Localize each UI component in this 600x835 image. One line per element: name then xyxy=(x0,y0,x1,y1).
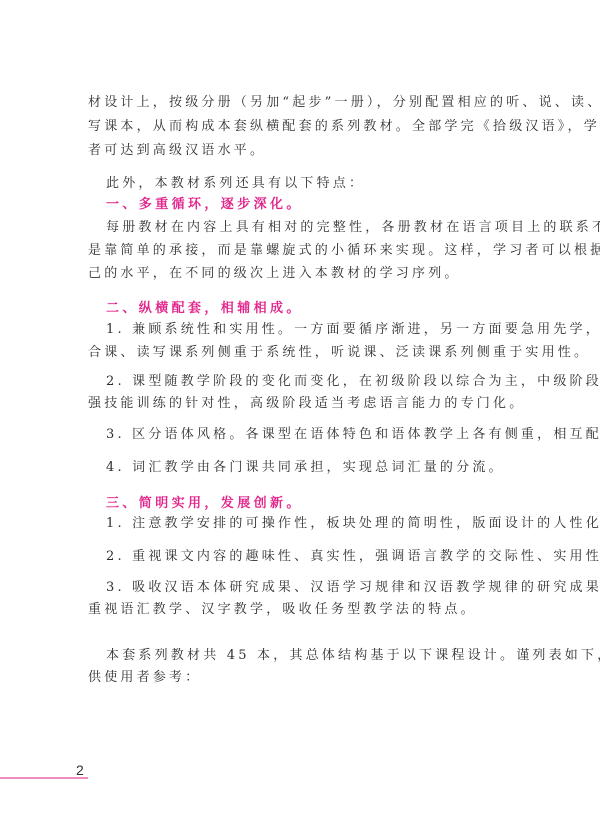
section-2-item-2-line: 强技能训练的针对性，高级阶段适当考虑语言能力的专门化。 xyxy=(88,395,518,413)
closing-line-2: 供使用者参考： xyxy=(88,669,518,687)
page-number: 2 xyxy=(76,762,84,778)
intro-line-1: 材设计上，按级分册（另加“起步”一册），分别配置相应的听、说、读、 xyxy=(88,94,518,112)
section-3-item-3-line: 重视语汇教学、汉字教学，吸收任务型教学法的特点。 xyxy=(88,601,518,619)
closing-line-1: 本套系列教材共 45 本，其总体结构基于以下课程设计。谨列表如下， xyxy=(106,647,536,665)
section-3-item-2-line: 2. 重视课文内容的趣味性、真实性，强调语言教学的交际性、实用性。 xyxy=(106,548,536,566)
section-heading-2: 二、纵横配套，相辅相成。 xyxy=(106,300,536,318)
section-heading-3: 三、简明实用，发展创新。 xyxy=(106,495,536,513)
intro-line-3: 者可达到高级汉语水平。 xyxy=(88,142,518,160)
section-2-item-4-line: 4. 词汇教学由各门课共同承担，实现总词汇量的分流。 xyxy=(106,459,536,477)
document-page: 材设计上，按级分册（另加“起步”一册），分别配置相应的听、说、读、 写课本，从而… xyxy=(0,0,600,835)
section-2-item-1-line: 合课、读写课系列侧重于系统性，听说课、泛读课系列侧重于实用性。 xyxy=(88,344,518,362)
section-3-item-1-line: 1. 注意教学安排的可操作性，板块处理的简明性，版面设计的人性化。 xyxy=(106,515,536,533)
section-heading-1: 一、多重循环，逐步深化。 xyxy=(106,196,536,214)
section-2-item-2-line: 2. 课型随教学阶段的变化而变化，在初级阶段以综合为主，中级阶段加 xyxy=(106,373,536,391)
section-1-paragraph-line: 己的水平，在不同的级次上进入本教材的学习序列。 xyxy=(88,265,518,283)
section-1-paragraph-line: 是靠简单的承接，而是靠螺旋式的小循环来实现。这样，学习者可以根据自 xyxy=(88,242,518,260)
section-3-item-3-line: 3. 吸收汉语本体研究成果、汉语学习规律和汉语教学规律的研究成果。 xyxy=(106,579,536,597)
footer-rule xyxy=(0,777,88,779)
section-2-item-1-line: 1. 兼顾系统性和实用性。一方面要循序渐进，另一方面要急用先学，综 xyxy=(106,321,536,339)
section-2-item-3-line: 3. 区分语体风格。各课型在语体特色和语体教学上各有侧重，相互配合。 xyxy=(106,426,536,444)
intro-line-2: 写课本，从而构成本套纵横配套的系列教材。全部学完《拾级汉语》，学习 xyxy=(88,118,518,136)
section-1-paragraph-line: 每册教材在内容上具有相对的完整性，各册教材在语言项目上的联系不 xyxy=(106,219,536,237)
features-intro: 此外，本教材系列还具有以下特点： xyxy=(106,175,536,193)
